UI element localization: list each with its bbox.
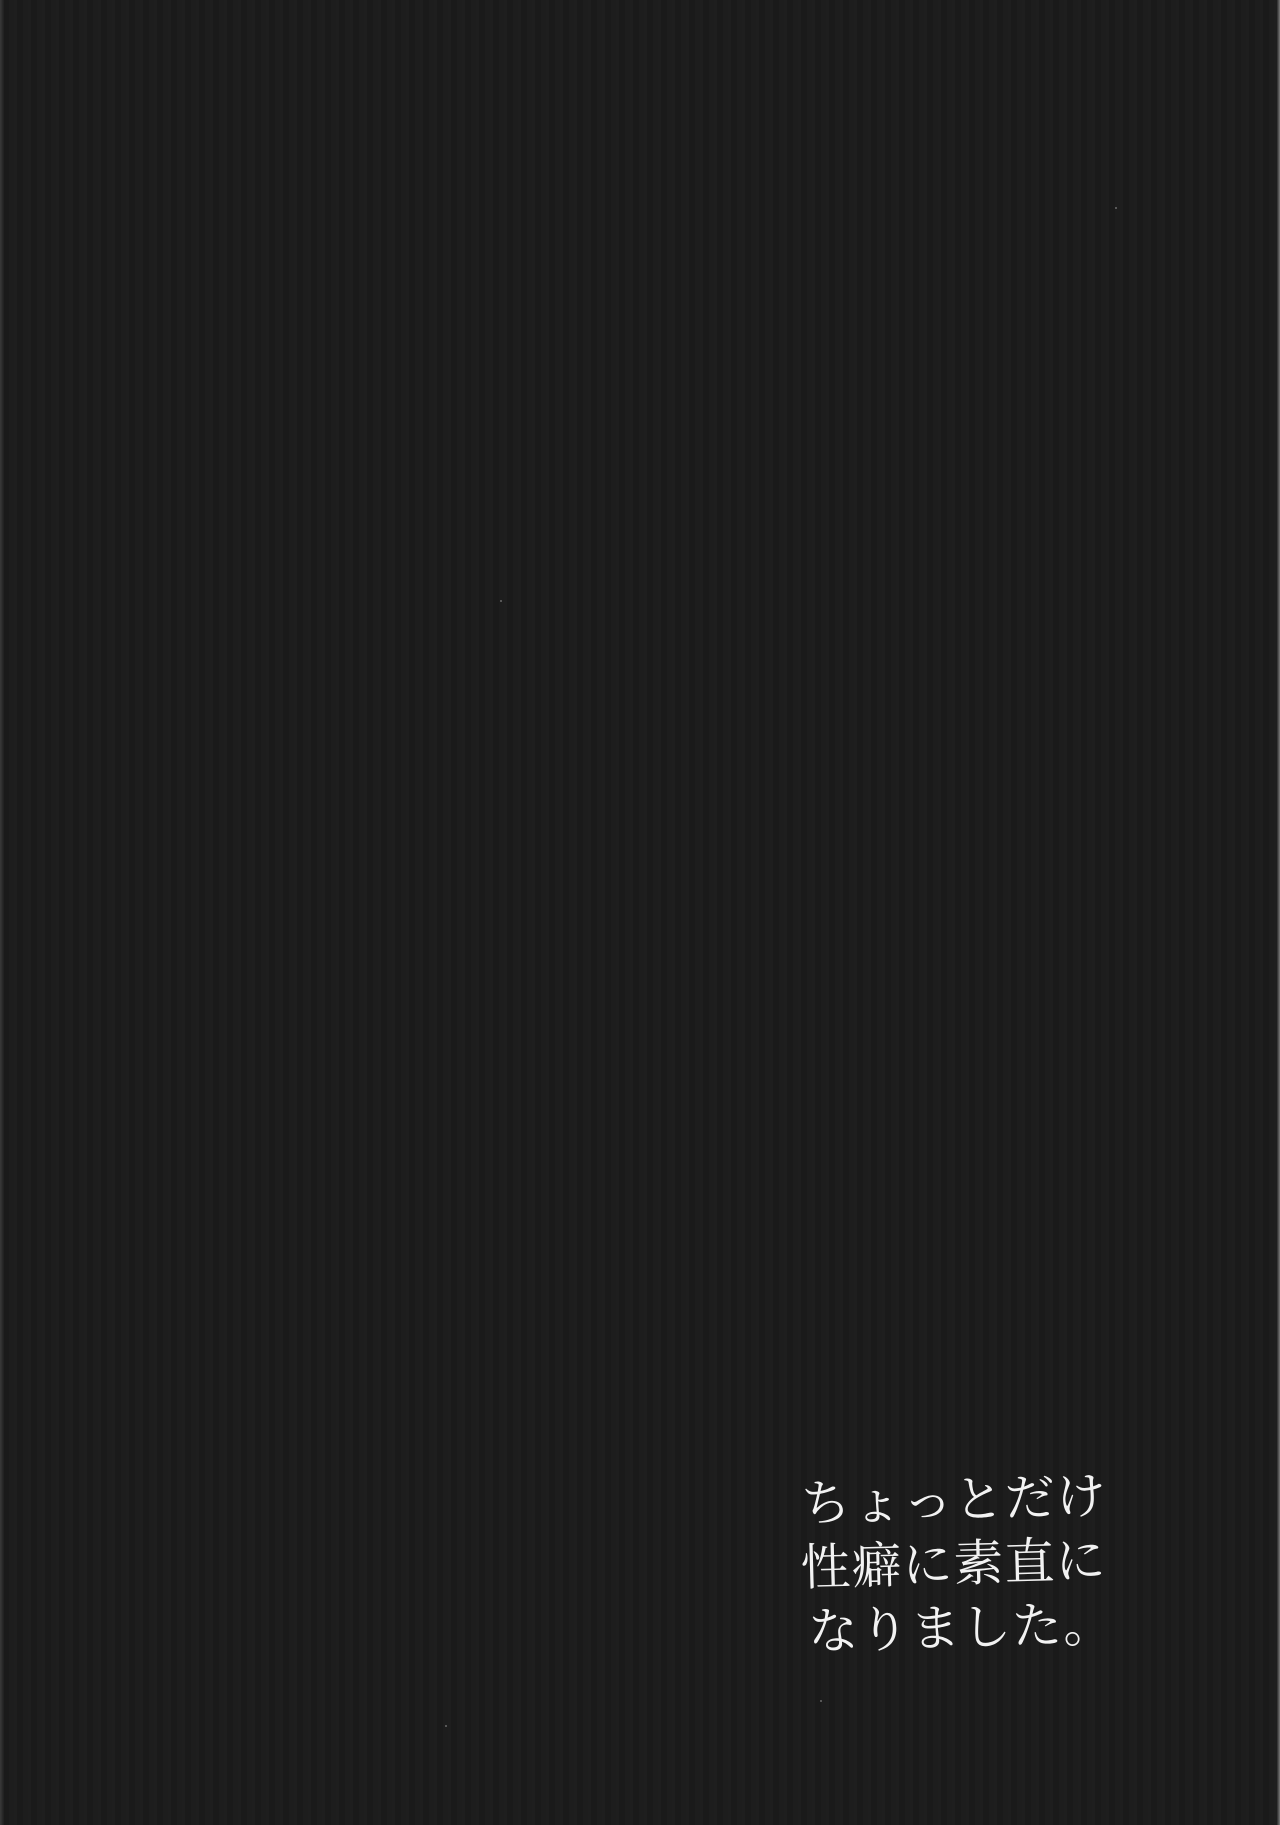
dust-speck xyxy=(500,600,502,602)
dust-speck xyxy=(1115,207,1117,209)
dust-speck xyxy=(820,1700,822,1702)
handwritten-note: ちょっとだけ 性癖に素直に なりました。 xyxy=(800,1463,1165,1664)
page-left-edge xyxy=(0,0,4,1825)
note-line-1: ちょっとだけ xyxy=(800,1463,1162,1536)
scanned-page: ちょっとだけ 性癖に素直に なりました。 xyxy=(0,0,1280,1825)
note-line-2: 性癖に素直に xyxy=(800,1527,1164,1600)
dust-speck xyxy=(445,1725,447,1727)
note-line-3: なりました。 xyxy=(807,1591,1165,1664)
